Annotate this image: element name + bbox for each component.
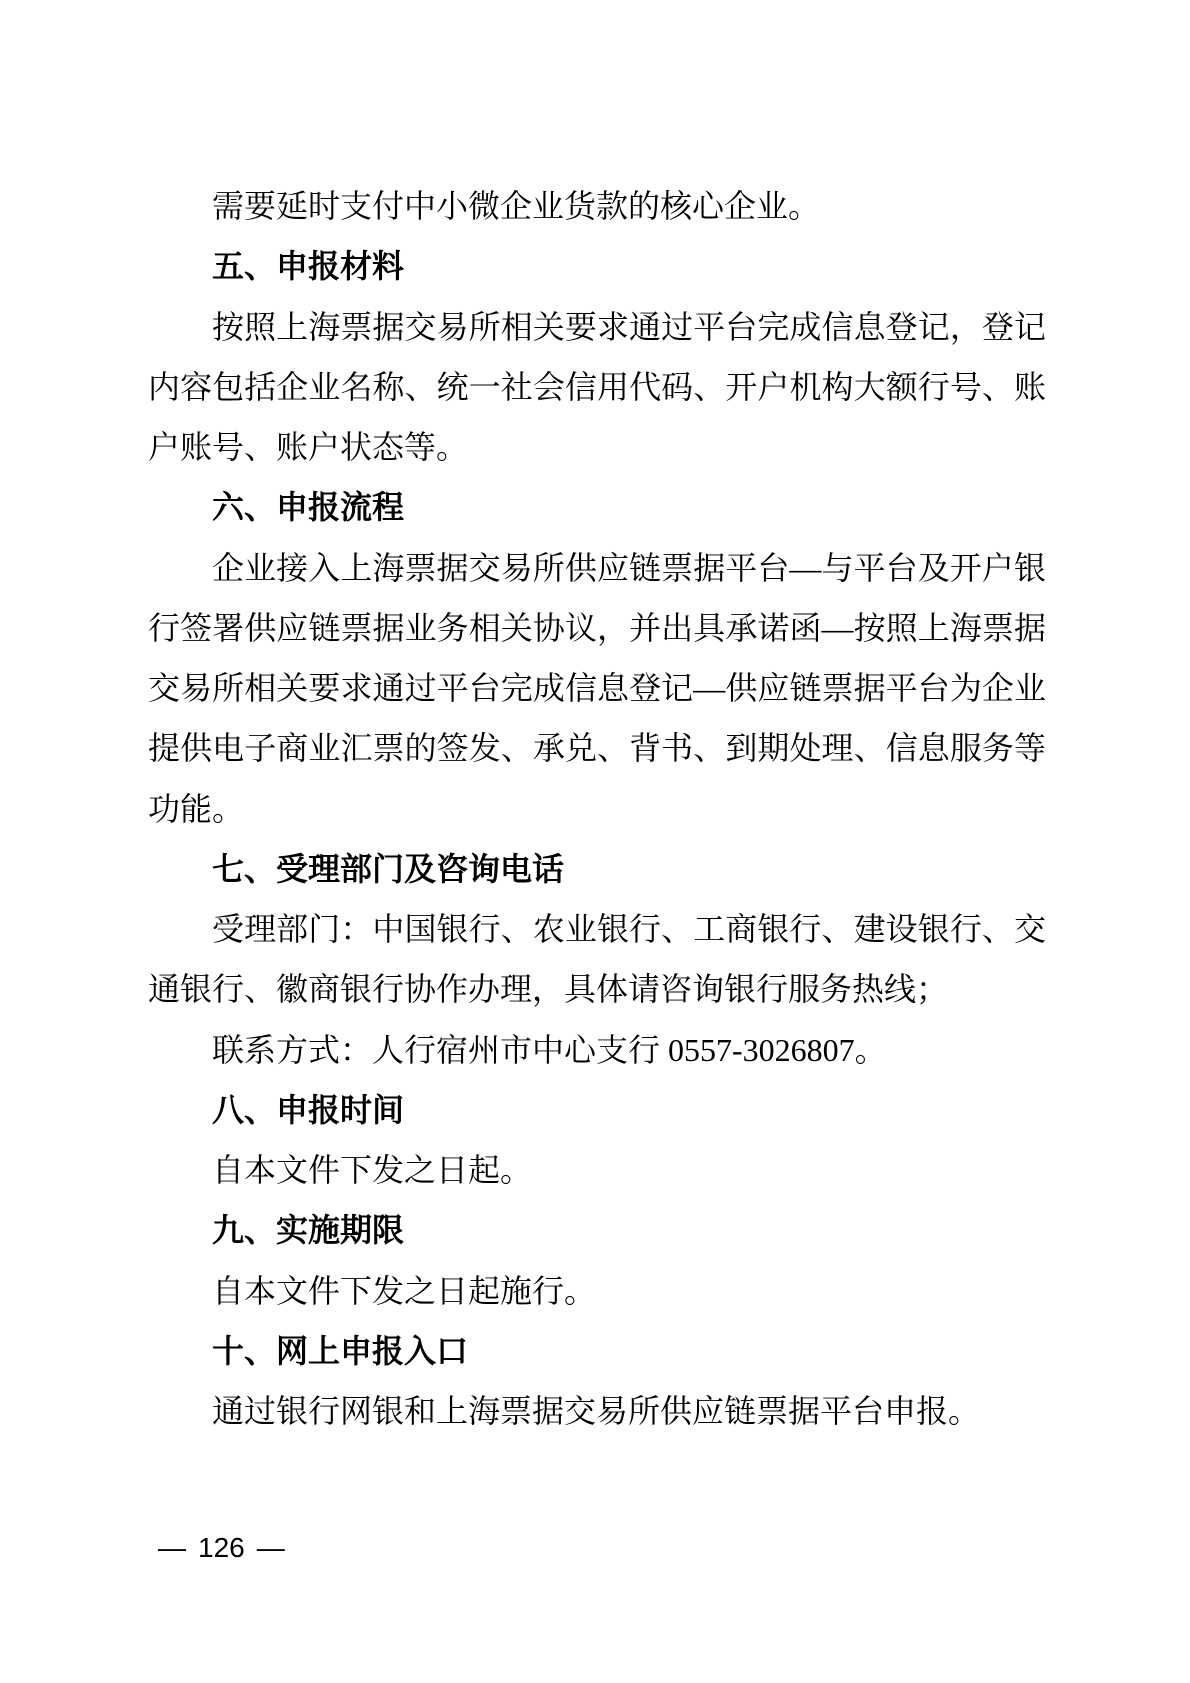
paragraph: 受理部门：中国银行、农业银行、工商银行、建设银行、交通银行、徽商银行协作办理，具… [148, 899, 1046, 1020]
paragraph: 按照上海票据交易所相关要求通过平台完成信息登记，登记内容包括企业名称、统一社会信… [148, 297, 1046, 478]
section-heading: 九、实施期限 [148, 1200, 1046, 1260]
section-heading: 七、受理部门及咨询电话 [148, 839, 1046, 899]
document-body: 需要延时支付中小微企业货款的核心企业。 五、申报材料 按照上海票据交易所相关要求… [148, 176, 1046, 1441]
page-footer: —126— [158, 1528, 285, 1568]
paragraph-contact-phone: 联系方式：人行宿州市中心支行 0557-3026807。 [148, 1020, 1046, 1080]
page-number: 126 [186, 1532, 257, 1563]
footer-right-dash: — [257, 1532, 285, 1563]
section-6-application-process: 六、申报流程 企业接入上海票据交易所供应链票据平台—与平台及开户银行签署供应链票… [148, 477, 1046, 839]
paragraph: 通过银行网银和上海票据交易所供应链票据平台申报。 [148, 1381, 1046, 1441]
section-9-implementation-period: 九、实施期限 自本文件下发之日起施行。 [148, 1200, 1046, 1321]
section-heading: 六、申报流程 [148, 477, 1046, 537]
section-heading: 八、申报时间 [148, 1080, 1046, 1140]
section-10-online-application-entry: 十、网上申报入口 通过银行网银和上海票据交易所供应链票据平台申报。 [148, 1321, 1046, 1442]
paragraph: 企业接入上海票据交易所供应链票据平台—与平台及开户银行签署供应链票据业务相关协议… [148, 538, 1046, 839]
section-5-application-materials: 五、申报材料 按照上海票据交易所相关要求通过平台完成信息登记，登记内容包括企业名… [148, 236, 1046, 477]
section-8-application-time: 八、申报时间 自本文件下发之日起。 [148, 1080, 1046, 1201]
document-page: 需要延时支付中小微企业货款的核心企业。 五、申报材料 按照上海票据交易所相关要求… [0, 0, 1190, 1683]
footer-left-dash: — [158, 1532, 186, 1563]
section-7-accepting-department-and-phone: 七、受理部门及咨询电话 受理部门：中国银行、农业银行、工商银行、建设银行、交通银… [148, 839, 1046, 1080]
paragraph: 自本文件下发之日起。 [148, 1140, 1046, 1200]
section-heading: 五、申报材料 [148, 236, 1046, 296]
continuation-paragraph: 需要延时支付中小微企业货款的核心企业。 [148, 176, 1046, 236]
section-heading: 十、网上申报入口 [148, 1321, 1046, 1381]
paragraph: 自本文件下发之日起施行。 [148, 1261, 1046, 1321]
